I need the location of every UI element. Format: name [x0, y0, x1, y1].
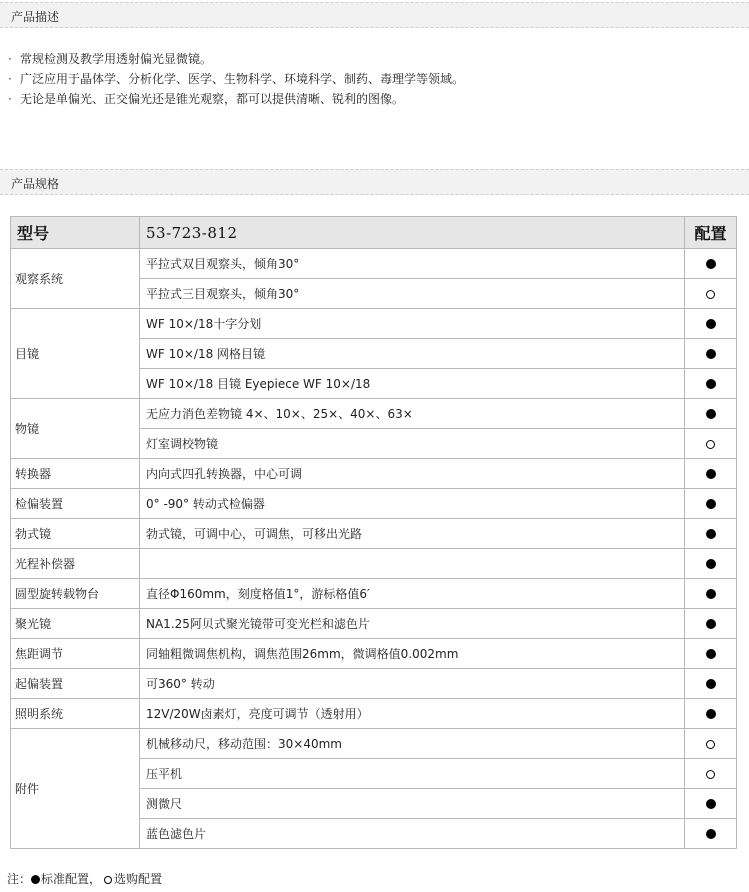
- filled-circle-icon: [706, 319, 716, 329]
- config-cell: [685, 309, 737, 339]
- spec-cell: 机械移动尺，移动范围：30×40mm: [140, 729, 685, 759]
- column-header-model-number: 53-723-812: [140, 217, 685, 249]
- category-cell: 转换器: [11, 459, 140, 489]
- spec-cell: 平拉式双目观察头，倾角30°: [140, 249, 685, 279]
- table-row: 照明系统12V/20W卤素灯，亮度可调节（透射用）: [11, 699, 737, 729]
- config-cell: [685, 549, 737, 579]
- config-cell: [685, 339, 737, 369]
- category-cell: 聚光镜: [11, 609, 140, 639]
- column-header-config: 配置: [685, 217, 737, 249]
- table-row: 物镜无应力消色差物镜 4×、10×、25×、40×、63×: [11, 399, 737, 429]
- bullet-icon: ·: [8, 49, 20, 69]
- spec-cell: 平拉式三目观察头，倾角30°: [140, 279, 685, 309]
- spec-table: 型号 53-723-812 配置 观察系统平拉式双目观察头，倾角30°平拉式三目…: [10, 216, 737, 849]
- table-row: 检偏装置0° -90° 转动式检偏器: [11, 489, 737, 519]
- config-cell: [685, 459, 737, 489]
- spec-cell: 可360° 转动: [140, 669, 685, 699]
- table-row: 焦距调节同轴粗微调焦机构，调焦范围26mm，微调格值0.002mm: [11, 639, 737, 669]
- legend-standard-label: 标准配置，: [41, 872, 101, 886]
- spec-cell: 蓝色滤色片: [140, 819, 685, 849]
- spec-cell: 0° -90° 转动式检偏器: [140, 489, 685, 519]
- config-cell: [685, 369, 737, 399]
- table-row: 附件机械移动尺，移动范围：30×40mm: [11, 729, 737, 759]
- filled-circle-icon: [706, 469, 716, 479]
- filled-circle-icon: [706, 679, 716, 689]
- product-description-header: 产品描述: [0, 2, 749, 28]
- category-cell: 物镜: [11, 399, 140, 459]
- spec-cell: 无应力消色差物镜 4×、10×、25×、40×、63×: [140, 399, 685, 429]
- filled-circle-icon: [706, 259, 716, 269]
- filled-circle-icon: [706, 799, 716, 809]
- filled-circle-icon: [706, 349, 716, 359]
- config-cell: [685, 819, 737, 849]
- config-cell: [685, 759, 737, 789]
- bullet-icon: ·: [8, 89, 20, 109]
- hollow-circle-icon: [706, 290, 715, 299]
- legend-optional-label: 选购配置: [114, 872, 162, 886]
- filled-circle-icon: [706, 649, 716, 659]
- table-row: 聚光镜NA1.25阿贝式聚光镜带可变光栏和滤色片: [11, 609, 737, 639]
- table-row: 光程补偿器: [11, 549, 737, 579]
- category-cell: 勃式镜: [11, 519, 140, 549]
- hollow-circle-icon: [706, 770, 715, 779]
- category-cell: 观察系统: [11, 249, 140, 309]
- list-item-text: 常规检测及教学用透射偏光显微镜。: [20, 52, 212, 66]
- spec-cell: 内向式四孔转换器，中心可调: [140, 459, 685, 489]
- list-item: ·无论是单偏光、正交偏光还是锥光观察，都可以提供清晰、锐利的图像。: [8, 89, 464, 109]
- hollow-circle-icon: [706, 740, 715, 749]
- description-list: ·常规检测及教学用透射偏光显微镜。 ·广泛应用于晶体学、分析化学、医学、生物科学…: [8, 49, 464, 109]
- config-cell: [685, 579, 737, 609]
- column-header-model-label: 型号: [11, 217, 140, 249]
- list-item-text: 无论是单偏光、正交偏光还是锥光观察，都可以提供清晰、锐利的图像。: [20, 92, 404, 106]
- filled-circle-icon: [31, 875, 40, 884]
- spec-cell: WF 10×/18 网格目镜: [140, 339, 685, 369]
- filled-circle-icon: [706, 499, 716, 509]
- config-cell: [685, 699, 737, 729]
- filled-circle-icon: [706, 589, 716, 599]
- category-cell: 焦距调节: [11, 639, 140, 669]
- table-row: 圆型旋转载物台直径Φ160mm，刻度格值1°，游标格值6′: [11, 579, 737, 609]
- legend-note: 注：标准配置，选购配置: [7, 870, 162, 887]
- spec-cell: 12V/20W卤素灯，亮度可调节（透射用）: [140, 699, 685, 729]
- config-cell: [685, 249, 737, 279]
- category-cell: 检偏装置: [11, 489, 140, 519]
- filled-circle-icon: [706, 559, 716, 569]
- config-cell: [685, 519, 737, 549]
- hollow-circle-icon: [706, 440, 715, 449]
- category-cell: 目镜: [11, 309, 140, 399]
- spec-table-body: 观察系统平拉式双目观察头，倾角30°平拉式三目观察头，倾角30°目镜WF 10×…: [11, 249, 737, 849]
- bullet-icon: ·: [8, 69, 20, 89]
- config-cell: [685, 789, 737, 819]
- filled-circle-icon: [706, 829, 716, 839]
- category-cell: 圆型旋转载物台: [11, 579, 140, 609]
- table-row: 转换器内向式四孔转换器，中心可调: [11, 459, 737, 489]
- spec-cell: [140, 549, 685, 579]
- config-cell: [685, 639, 737, 669]
- hollow-circle-icon: [104, 876, 112, 884]
- config-cell: [685, 609, 737, 639]
- legend-prefix: 注：: [7, 872, 31, 886]
- config-cell: [685, 429, 737, 459]
- config-cell: [685, 729, 737, 759]
- list-item-text: 广泛应用于晶体学、分析化学、医学、生物科学、环境科学、制药、毒理学等领域。: [20, 72, 464, 86]
- list-item: ·常规检测及教学用透射偏光显微镜。: [8, 49, 464, 69]
- filled-circle-icon: [706, 529, 716, 539]
- config-cell: [685, 669, 737, 699]
- config-cell: [685, 399, 737, 429]
- table-row: 目镜WF 10×/18十字分划: [11, 309, 737, 339]
- config-cell: [685, 489, 737, 519]
- filled-circle-icon: [706, 409, 716, 419]
- section-title: 产品规格: [11, 175, 59, 192]
- spec-cell: 直径Φ160mm，刻度格值1°，游标格值6′: [140, 579, 685, 609]
- list-item: ·广泛应用于晶体学、分析化学、医学、生物科学、环境科学、制药、毒理学等领域。: [8, 69, 464, 89]
- filled-circle-icon: [706, 619, 716, 629]
- table-row: 勃式镜勃式镜，可调中心，可调焦，可移出光路: [11, 519, 737, 549]
- spec-cell: WF 10×/18 目镜 Eyepiece WF 10×/18: [140, 369, 685, 399]
- category-cell: 光程补偿器: [11, 549, 140, 579]
- table-row: 起偏装置可360° 转动: [11, 669, 737, 699]
- category-cell: 起偏装置: [11, 669, 140, 699]
- filled-circle-icon: [706, 379, 716, 389]
- spec-cell: NA1.25阿贝式聚光镜带可变光栏和滤色片: [140, 609, 685, 639]
- table-header-row: 型号 53-723-812 配置: [11, 217, 737, 249]
- category-cell: 照明系统: [11, 699, 140, 729]
- config-cell: [685, 279, 737, 309]
- filled-circle-icon: [706, 709, 716, 719]
- spec-cell: WF 10×/18十字分划: [140, 309, 685, 339]
- spec-cell: 压平机: [140, 759, 685, 789]
- spec-cell: 同轴粗微调焦机构，调焦范围26mm，微调格值0.002mm: [140, 639, 685, 669]
- spec-cell: 勃式镜，可调中心，可调焦，可移出光路: [140, 519, 685, 549]
- product-spec-header: 产品规格: [0, 169, 749, 195]
- spec-cell: 灯室调校物镜: [140, 429, 685, 459]
- table-row: 观察系统平拉式双目观察头，倾角30°: [11, 249, 737, 279]
- spec-cell: 测微尺: [140, 789, 685, 819]
- category-cell: 附件: [11, 729, 140, 849]
- section-title: 产品描述: [11, 8, 59, 25]
